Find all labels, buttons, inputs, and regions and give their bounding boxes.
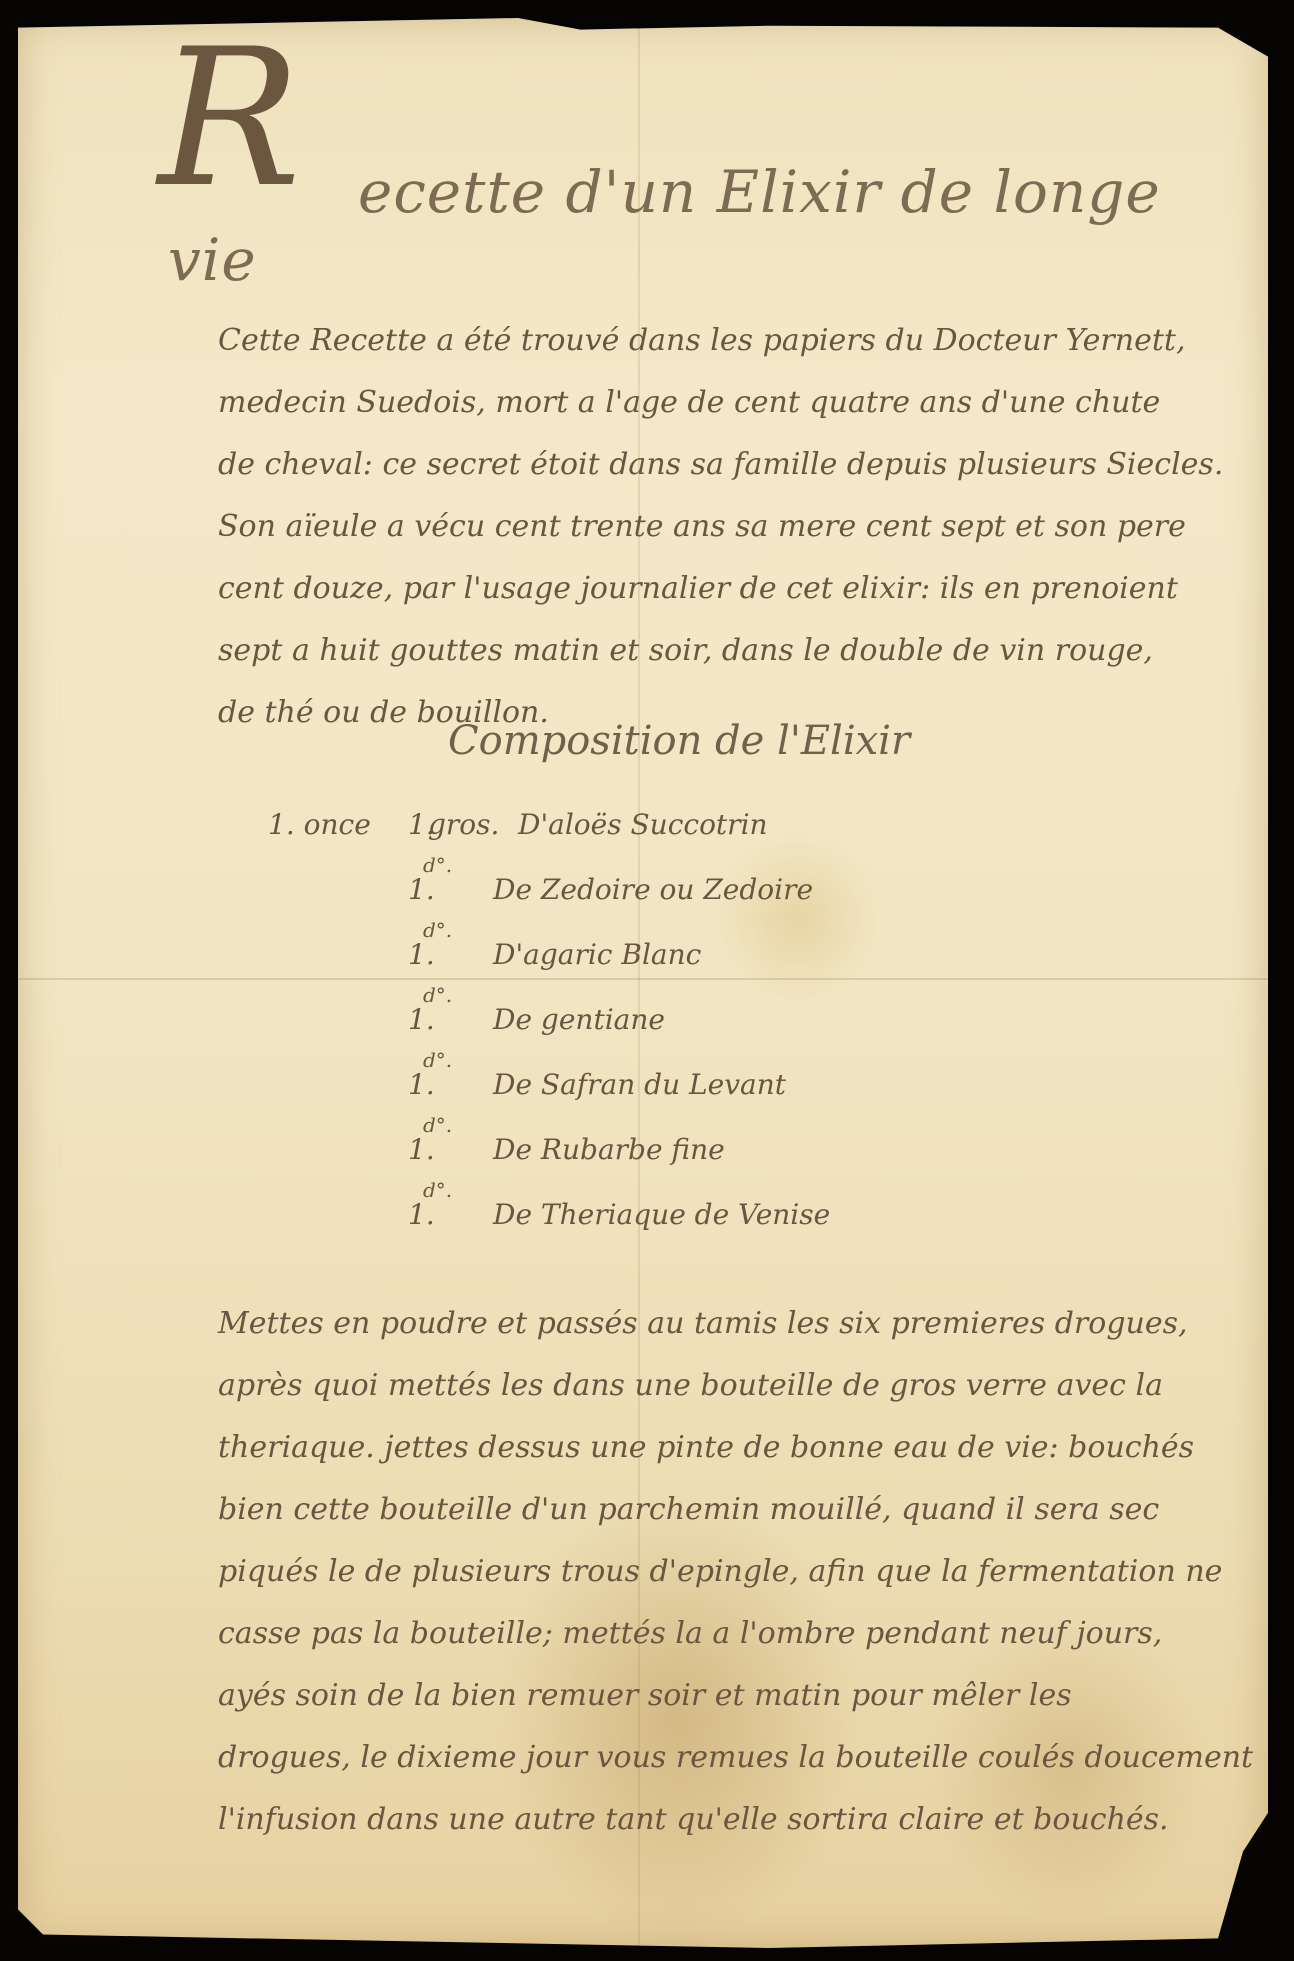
- ingredient-unit: d°.: [423, 1113, 452, 1137]
- horizontal-fold-line: [18, 978, 1268, 980]
- ingredient-num: 1.: [408, 1068, 435, 1101]
- ingredient-num: 1.: [408, 1003, 435, 1036]
- text-line: après quoi mettés les dans une bouteille…: [218, 1355, 1278, 1417]
- text-line: piqués le de plusieurs trous d'epingle, …: [218, 1541, 1278, 1603]
- text-line: Mettes en poudre et passés au tamis les …: [218, 1293, 1278, 1355]
- text-line: cent douze, par l'usage journalier de ce…: [218, 558, 1278, 620]
- ingredient-name: D'agaric Blanc: [493, 938, 701, 971]
- ingredient-unit: d°.: [423, 1048, 452, 1072]
- ingredient-name: De Theriaque de Venise: [493, 1198, 830, 1231]
- ingredient-num: 1.: [408, 1198, 435, 1231]
- text-line: casse pas la bouteille; mettés la a l'om…: [218, 1603, 1278, 1665]
- title-text: ecette d'un Elixir de longe vie: [168, 158, 1161, 294]
- text-line: drogues, le dixieme jour vous remues la …: [218, 1727, 1278, 1789]
- text-line: bien cette bouteille d'un parchemin moui…: [218, 1479, 1278, 1541]
- ingredient-name: De Safran du Levant: [493, 1068, 786, 1101]
- document-title: R ecette d'un Elixir de longe vie: [168, 158, 1268, 294]
- instructions-paragraph: Mettes en poudre et passés au tamis les …: [218, 1293, 1278, 1851]
- composition-heading: Composition de l'Elixir: [448, 718, 910, 764]
- ingredient-unit: d°.: [423, 853, 452, 877]
- ingredient-name: De Rubarbe fine: [493, 1133, 725, 1166]
- text-line: medecin Suedois, mort a l'age de cent qu…: [218, 372, 1278, 434]
- ingredient-num: 1.: [408, 1133, 435, 1166]
- ingredient-unit: d°.: [423, 918, 452, 942]
- manuscript-page: R ecette d'un Elixir de longe vie Cette …: [18, 18, 1268, 1948]
- ingredient-name: De gentiane: [493, 1003, 665, 1036]
- ingredient-qty: 1. once: [268, 808, 398, 841]
- ingredient-unit: d°.: [423, 983, 452, 1007]
- text-line: Cette Recette a été trouvé dans les papi…: [218, 310, 1278, 372]
- ingredient-unit: d°.: [423, 1178, 452, 1202]
- ingredient-name: D'aloës Succotrin: [518, 808, 768, 841]
- intro-paragraph: Cette Recette a été trouvé dans les papi…: [218, 310, 1278, 744]
- ingredient-num: 1.: [408, 873, 435, 906]
- title-drop-cap: R: [158, 8, 302, 229]
- ingredient-num: 1.: [408, 938, 435, 971]
- text-line: theriaque. jettes dessus une pinte de bo…: [218, 1417, 1278, 1479]
- text-line: l'infusion dans une autre tant qu'elle s…: [218, 1789, 1278, 1851]
- text-line: ayés soin de la bien remuer soir et mati…: [218, 1665, 1278, 1727]
- ingredient-unit: gros.: [428, 808, 499, 841]
- text-line: Son aïeule a vécu cent trente ans sa mer…: [218, 496, 1278, 558]
- ingredient-name: De Zedoire ou Zedoire: [493, 873, 813, 906]
- text-line: de cheval: ce secret étoit dans sa famil…: [218, 434, 1278, 496]
- text-line: sept a huit gouttes matin et soir, dans …: [218, 620, 1278, 682]
